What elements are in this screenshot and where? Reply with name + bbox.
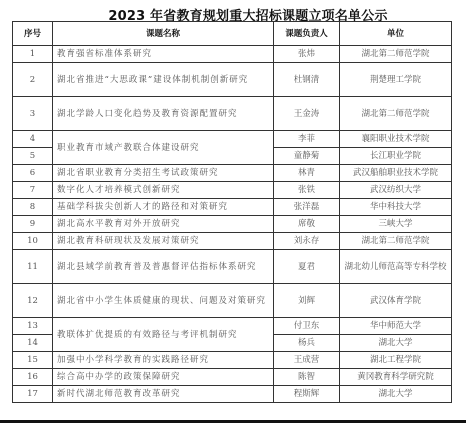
row-unit: 黄冈教育科学研究院 xyxy=(340,369,452,386)
row-no: 9 xyxy=(13,216,53,233)
row-leader: 程斯辉 xyxy=(274,386,340,403)
row-no: 5 xyxy=(13,148,53,165)
table-row: 15 加强中小学科学教育的实践路径研究 王成营 湖北工程学院 xyxy=(13,352,452,369)
row-leader: 杜钢清 xyxy=(274,63,340,97)
row-leader: 张铁 xyxy=(274,182,340,199)
row-unit: 湖北工程学院 xyxy=(340,352,452,369)
row-unit: 武汉船舶职业技术学院 xyxy=(340,165,452,182)
row-topic: 湖北高水平教育对外开放研究 xyxy=(53,216,274,233)
row-no: 17 xyxy=(13,386,53,403)
header-leader: 课题负责人 xyxy=(274,22,340,46)
table-row: 2 湖北省推进“大思政课”建设体制机制创新研究 杜钢清 荆楚理工学院 xyxy=(13,63,452,97)
table-row: 6 湖北省职业教育分类招生考试政策研究 林青 武汉船舶职业技术学院 xyxy=(13,165,452,182)
row-topic: 湖北省职业教育分类招生考试政策研究 xyxy=(53,165,274,182)
row-unit: 湖北第二师范学院 xyxy=(340,97,452,131)
row-unit: 襄阳职业技术学院 xyxy=(340,131,452,148)
table-row: 8 基础学科拔尖创新人才的路径和对策研究 张洋磊 华中科技大学 xyxy=(13,199,452,216)
table-row: 9 湖北高水平教育对外开放研究 席敬 三峡大学 xyxy=(13,216,452,233)
row-leader: 席敬 xyxy=(274,216,340,233)
row-leader: 陈智 xyxy=(274,369,340,386)
row-topic: 综合高中办学的政策保障研究 xyxy=(53,369,274,386)
row-no: 13 xyxy=(13,318,53,335)
row-no: 14 xyxy=(13,335,53,352)
row-leader: 李菲 xyxy=(274,131,340,148)
table-row: 17 新时代湖北师范教育改革研究 程斯辉 湖北大学 xyxy=(13,386,452,403)
row-unit: 华中科技大学 xyxy=(340,199,452,216)
row-no: 6 xyxy=(13,165,53,182)
row-topic: 教育强省标准体系研究 xyxy=(53,46,274,63)
header-no: 序号 xyxy=(13,22,53,46)
table-row: 16 综合高中办学的政策保障研究 陈智 黄冈教育科学研究院 xyxy=(13,369,452,386)
table-row: 1 教育强省标准体系研究 张炜 湖北第二师范学院 xyxy=(13,46,452,63)
row-unit: 湖北大学 xyxy=(340,335,452,352)
row-leader: 王金涛 xyxy=(274,97,340,131)
row-unit: 湖北幼儿师范高等专科学校 xyxy=(340,250,452,284)
table-row: 10 湖北教育科研现状及发展对策研究 刘永存 湖北第二师范学院 xyxy=(13,233,452,250)
row-leader: 夏君 xyxy=(274,250,340,284)
row-unit: 湖北大学 xyxy=(340,386,452,403)
row-topic: 加强中小学科学教育的实践路径研究 xyxy=(53,352,274,369)
row-leader: 刘辉 xyxy=(274,284,340,318)
row-topic: 湖北学龄人口变化趋势及教育资源配置研究 xyxy=(53,97,274,131)
row-topic: 教联体扩优提质的有效路径与考评机制研究 xyxy=(53,318,274,352)
row-leader: 付卫东 xyxy=(274,318,340,335)
table-row: 12 湖北省中小学生体质健康的现状、问题及对策研究 刘辉 武汉体育学院 xyxy=(13,284,452,318)
row-leader: 张炜 xyxy=(274,46,340,63)
header-unit: 单位 xyxy=(340,22,452,46)
table-row: 4 职业教育市域产教联合体建设研究 李菲 襄阳职业技术学院 xyxy=(13,131,452,148)
row-no: 3 xyxy=(13,97,53,131)
row-leader: 王成营 xyxy=(274,352,340,369)
row-topic: 数字化人才培养模式创新研究 xyxy=(53,182,274,199)
table-row: 11 湖北县域学前教育普及普惠督评估指标体系研究 夏君 湖北幼儿师范高等专科学校 xyxy=(13,250,452,284)
row-leader: 张洋磊 xyxy=(274,199,340,216)
row-unit: 华中师范大学 xyxy=(340,318,452,335)
table-row: 13 教联体扩优提质的有效路径与考评机制研究 付卫东 华中师范大学 xyxy=(13,318,452,335)
row-no: 4 xyxy=(13,131,53,148)
row-no: 16 xyxy=(13,369,53,386)
row-topic: 职业教育市域产教联合体建设研究 xyxy=(53,131,274,165)
row-unit: 湖北第二师范学院 xyxy=(340,46,452,63)
row-topic: 湖北教育科研现状及发展对策研究 xyxy=(53,233,274,250)
row-unit: 武汉纺织大学 xyxy=(340,182,452,199)
row-unit: 三峡大学 xyxy=(340,216,452,233)
row-leader: 杨兵 xyxy=(274,335,340,352)
row-topic: 新时代湖北师范教育改革研究 xyxy=(53,386,274,403)
row-no: 1 xyxy=(13,46,53,63)
row-topic: 湖北县域学前教育普及普惠督评估指标体系研究 xyxy=(53,250,274,284)
header-topic: 课题名称 xyxy=(53,22,274,46)
project-list-table: 序号 课题名称 课题负责人 单位 1 教育强省标准体系研究 张炜 湖北第二师范学… xyxy=(12,21,452,403)
row-topic: 湖北省中小学生体质健康的现状、问题及对策研究 xyxy=(53,284,274,318)
row-leader: 刘永存 xyxy=(274,233,340,250)
row-unit: 长江职业学院 xyxy=(340,148,452,165)
row-topic: 基础学科拔尖创新人才的路径和对策研究 xyxy=(53,199,274,216)
table-header-row: 序号 课题名称 课题负责人 单位 xyxy=(13,22,452,46)
row-leader: 童静菊 xyxy=(274,148,340,165)
row-topic: 湖北省推进“大思政课”建设体制机制创新研究 xyxy=(53,63,274,97)
row-no: 15 xyxy=(13,352,53,369)
row-no: 8 xyxy=(13,199,53,216)
row-no: 10 xyxy=(13,233,53,250)
row-unit: 湖北第二师范学院 xyxy=(340,233,452,250)
row-no: 12 xyxy=(13,284,53,318)
row-no: 7 xyxy=(13,182,53,199)
table-row: 7 数字化人才培养模式创新研究 张铁 武汉纺织大学 xyxy=(13,182,452,199)
row-no: 11 xyxy=(13,250,53,284)
table-row: 3 湖北学龄人口变化趋势及教育资源配置研究 王金涛 湖北第二师范学院 xyxy=(13,97,452,131)
row-unit: 武汉体育学院 xyxy=(340,284,452,318)
row-unit: 荆楚理工学院 xyxy=(340,63,452,97)
row-leader: 林青 xyxy=(274,165,340,182)
row-no: 2 xyxy=(13,63,53,97)
